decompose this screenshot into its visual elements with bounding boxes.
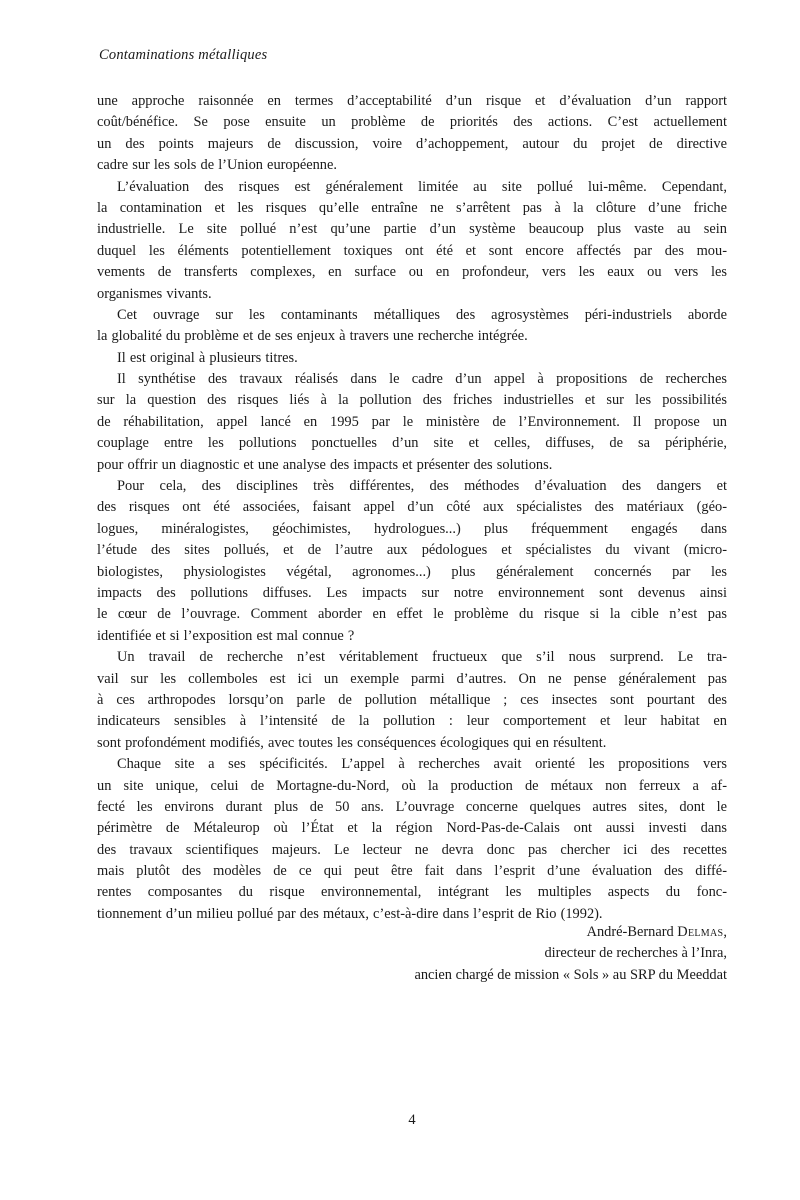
text-line: rentes composantes du risque environneme… bbox=[97, 882, 727, 903]
text-line: Il est original à plusieurs titres. bbox=[97, 348, 727, 369]
text-line: l’étude des sites pollués, et de l’autre… bbox=[97, 540, 727, 561]
text-line: périmètre de Métaleurop où l’État et la … bbox=[97, 818, 727, 839]
text-line: Chaque site a ses spécificités. L’appel … bbox=[97, 754, 727, 775]
signature-first-name: André-Bernard bbox=[587, 924, 678, 940]
text-line: à ces arthropodes lorsqu’on parle de pol… bbox=[97, 690, 727, 711]
signature-role: directeur de recherches à l’Inra, bbox=[414, 943, 727, 964]
paragraph: Chaque site a ses spécificités. L’appel … bbox=[97, 754, 727, 925]
text-line: le cœur de l’ouvrage. Comment aborder en… bbox=[97, 604, 727, 625]
body-text: une approche raisonnée en termes d’accep… bbox=[97, 91, 727, 925]
paragraph: Un travail de recherche n’est véritablem… bbox=[97, 647, 727, 754]
text-line: couplage entre les pollutions ponctuelle… bbox=[97, 433, 727, 454]
paragraph: une approche raisonnée en termes d’accep… bbox=[97, 91, 727, 177]
text-line: pour offrir un diagnostic et une analyse… bbox=[97, 455, 727, 476]
text-line: mais plutôt des modèles de ce qui peut ê… bbox=[97, 861, 727, 882]
text-line: Un travail de recherche n’est véritablem… bbox=[97, 647, 727, 668]
book-page: Contaminations métalliques une approche … bbox=[0, 0, 800, 1200]
text-line: impacts des pollutions diffuses. Les imp… bbox=[97, 583, 727, 604]
text-line: organismes vivants. bbox=[97, 284, 727, 305]
text-line: la globalité du problème et de ses enjeu… bbox=[97, 326, 727, 347]
text-line: des risques ont été associées, faisant a… bbox=[97, 497, 727, 518]
text-line: L’évaluation des risques est généralemen… bbox=[97, 177, 727, 198]
text-line: vail sur les collemboles est ici un exem… bbox=[97, 669, 727, 690]
running-header: Contaminations métalliques bbox=[99, 47, 267, 64]
text-line: une approche raisonnée en termes d’accep… bbox=[97, 91, 727, 112]
signature-affiliation: ancien chargé de mission « Sols » au SRP… bbox=[414, 965, 727, 986]
paragraph: L’évaluation des risques est généralemen… bbox=[97, 177, 727, 305]
text-line: fecté les environs durant plus de 50 ans… bbox=[97, 797, 727, 818]
text-line: la contamination et les risques qu’elle … bbox=[97, 198, 727, 219]
text-line: logues, minéralogistes, géochimistes, hy… bbox=[97, 519, 727, 540]
signature-name: André-Bernard Delmas, bbox=[414, 922, 727, 943]
paragraph: Pour cela, des disciplines très différen… bbox=[97, 476, 727, 647]
signature-block: André-Bernard Delmas, directeur de reche… bbox=[414, 922, 727, 986]
paragraph: Cet ouvrage sur les contaminants métalli… bbox=[97, 305, 727, 348]
text-line: sur la question des risques liés à la po… bbox=[97, 390, 727, 411]
page-number: 4 bbox=[97, 1112, 727, 1129]
text-line: industrielle. Le site pollué n’est qu’un… bbox=[97, 219, 727, 240]
text-line: coût/bénéfice. Se pose ensuite un problè… bbox=[97, 112, 727, 133]
paragraph: Il synthétise des travaux réalisés dans … bbox=[97, 369, 727, 476]
text-line: un site unique, celui de Mortagne-du-Nor… bbox=[97, 776, 727, 797]
text-line: identifiée et si l’exposition est mal co… bbox=[97, 626, 727, 647]
text-line: des travaux scientifiques majeurs. Le le… bbox=[97, 840, 727, 861]
text-line: Pour cela, des disciplines très différen… bbox=[97, 476, 727, 497]
text-line: biologistes, physiologistes végétal, agr… bbox=[97, 562, 727, 583]
text-line: indicateurs sensibles à l’intensité de l… bbox=[97, 711, 727, 732]
text-line: sont profondément modifiés, avec toutes … bbox=[97, 733, 727, 754]
text-line: Il synthétise des travaux réalisés dans … bbox=[97, 369, 727, 390]
text-line: de réhabilitation, appel lancé en 1995 p… bbox=[97, 412, 727, 433]
text-line: vements de transferts complexes, en surf… bbox=[97, 262, 727, 283]
signature-name-comma: , bbox=[723, 924, 727, 940]
text-line: un des points majeurs de discussion, voi… bbox=[97, 134, 727, 155]
text-line: cadre sur les sols de l’Union européenne… bbox=[97, 155, 727, 176]
paragraph: Il est original à plusieurs titres. bbox=[97, 348, 727, 369]
text-line: duquel les éléments potentiellement toxi… bbox=[97, 241, 727, 262]
signature-surname: Delmas bbox=[677, 924, 723, 940]
text-line: Cet ouvrage sur les contaminants métalli… bbox=[97, 305, 727, 326]
